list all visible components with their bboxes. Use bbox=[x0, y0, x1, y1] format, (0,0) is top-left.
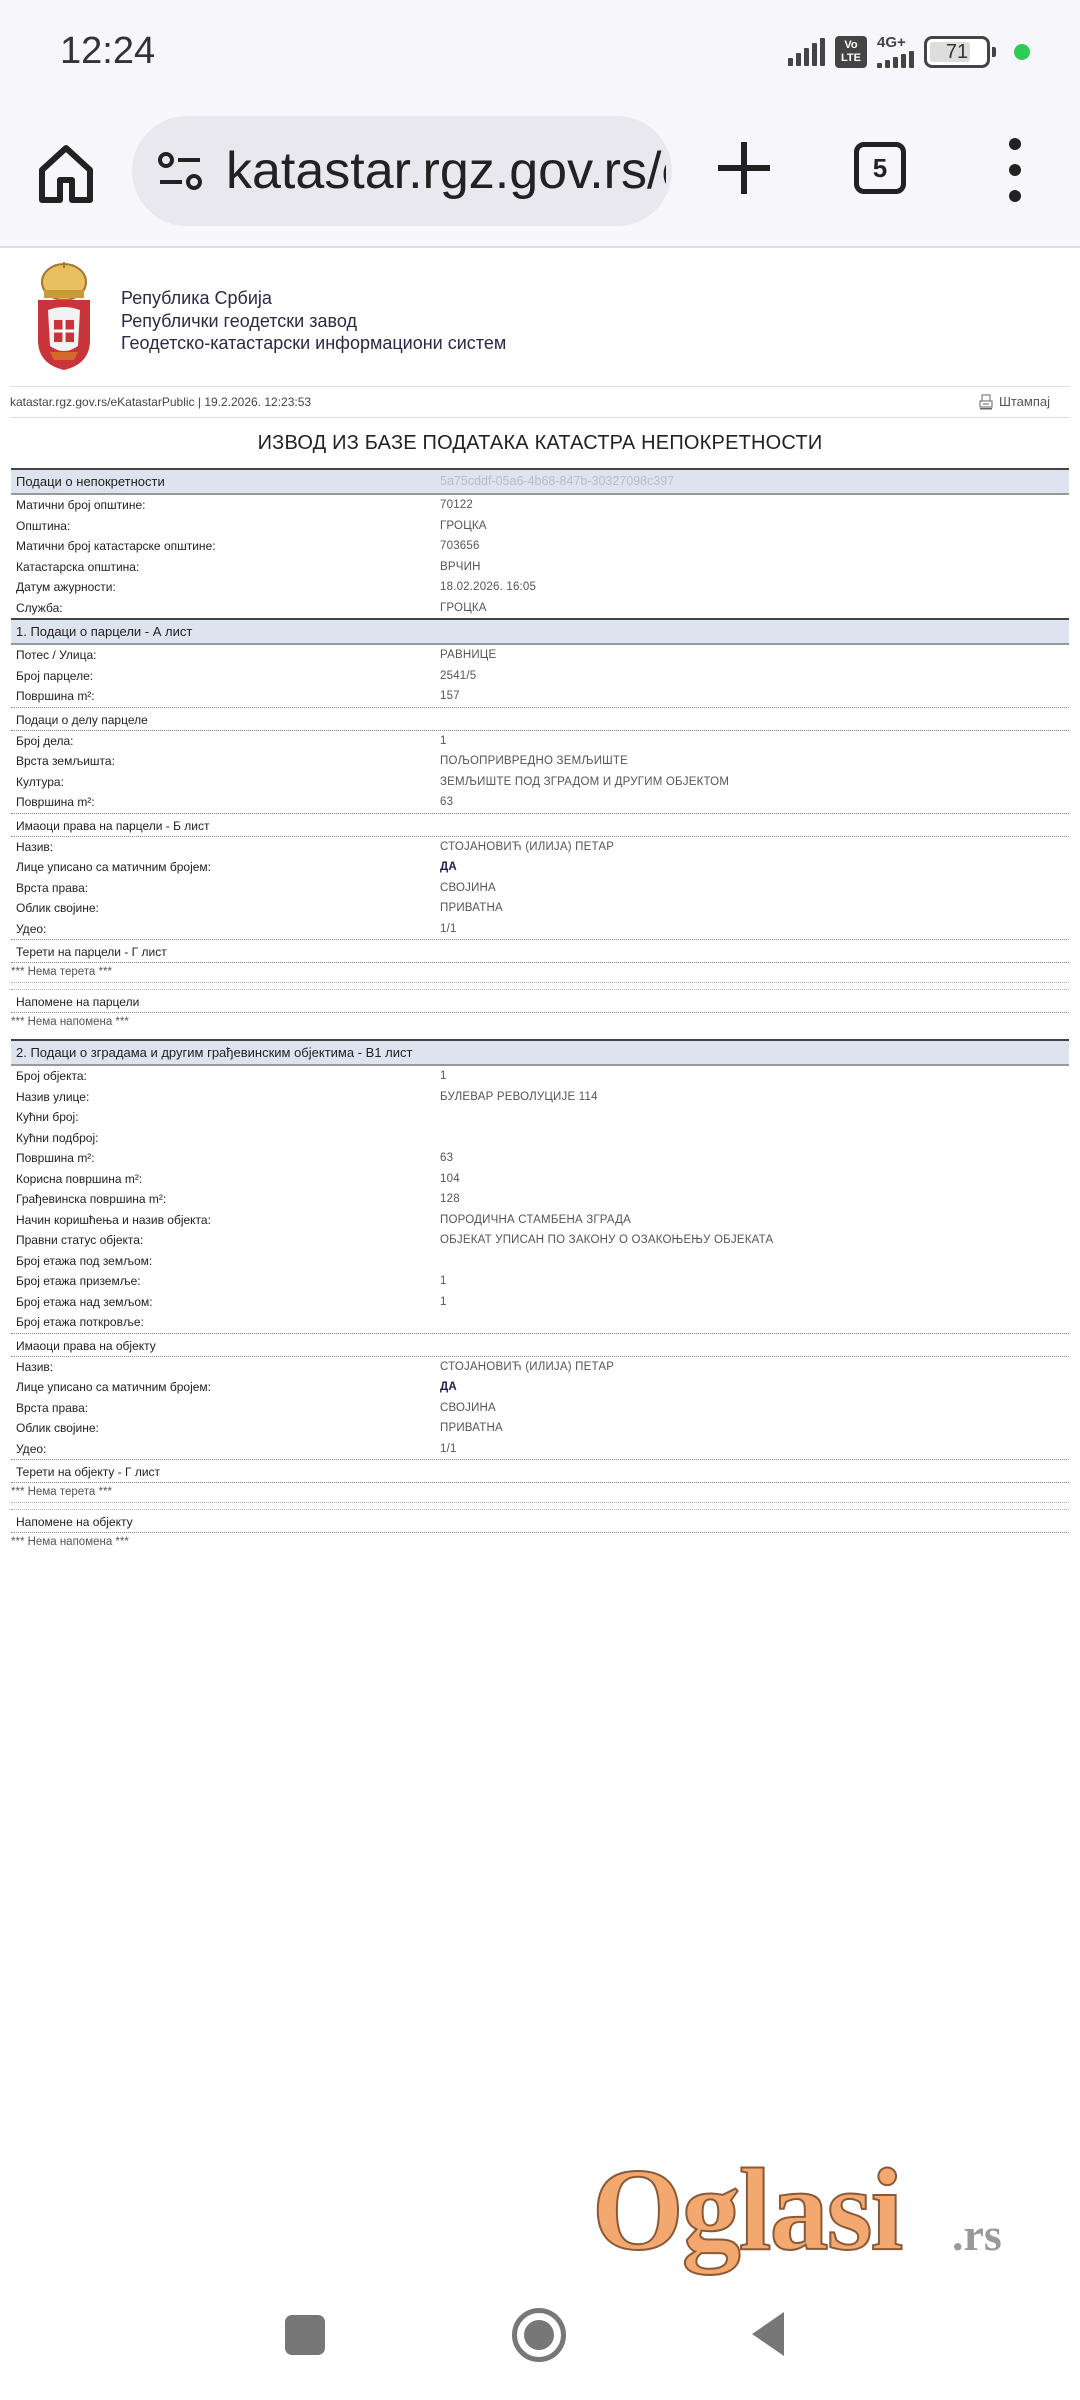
row-label: Број парцеле: bbox=[16, 666, 93, 687]
table-row: Удео:1/1 bbox=[11, 1439, 1069, 1460]
row-label: Кућни број: bbox=[16, 1107, 79, 1128]
row-label: Потес / Улица: bbox=[16, 645, 96, 666]
row-label: Корисна површина m²: bbox=[16, 1169, 142, 1190]
oglasi-watermark: Oglasi .rs bbox=[592, 2150, 1032, 2270]
row-label: Начин коришћења и назив објекта: bbox=[16, 1210, 211, 1231]
recents-icon[interactable] bbox=[285, 2315, 325, 2355]
row-value: ДА bbox=[440, 857, 457, 878]
building-notes-note: *** Нема напомена *** bbox=[11, 1533, 1069, 1553]
org-line-republic: Република Србија bbox=[121, 287, 506, 310]
row-label: Назив: bbox=[16, 1357, 53, 1378]
parcel-rows: Потес / Улица:РАВНИЦЕБрој парцеле:2541/5… bbox=[11, 645, 1069, 707]
row-label: Површина m²: bbox=[16, 686, 95, 707]
row-value: 70122 bbox=[440, 495, 473, 516]
row-label: Површина m²: bbox=[16, 792, 95, 813]
building-burdens-note: *** Нема терета *** bbox=[11, 1483, 1069, 1503]
row-value: ПОРОДИЧНА СТАМБЕНА ЗГРАДА bbox=[440, 1210, 631, 1231]
row-value: ПРИВАТНА bbox=[440, 1418, 503, 1439]
row-value: СВОЈИНА bbox=[440, 1398, 496, 1419]
row-value: 1/1 bbox=[440, 1439, 457, 1460]
plus-icon bbox=[712, 136, 776, 200]
row-label: Лице уписано са матичним бројем: bbox=[16, 1377, 211, 1398]
row-label: Назив: bbox=[16, 837, 53, 858]
tabs-button[interactable]: 5 bbox=[854, 142, 906, 194]
building-owner-rows: Назив:СТОЈАНОВИЋ (ИЛИЈА) ПЕТАРЛице уписа… bbox=[11, 1357, 1069, 1460]
row-value: ЗЕМЉИШТЕ ПОД ЗГРАДОМ И ДРУГИМ ОБЈЕКТОМ bbox=[440, 772, 729, 793]
row-value: ВРЧИН bbox=[440, 557, 481, 578]
coat-of-arms-icon bbox=[34, 260, 94, 372]
row-label: Облик својине: bbox=[16, 1418, 99, 1439]
section-parcel: 1. Подаци о парцели - А лист bbox=[11, 618, 1069, 645]
row-label: Општина: bbox=[16, 516, 70, 537]
privacy-indicator-dot bbox=[1014, 44, 1030, 60]
row-value: 63 bbox=[440, 1148, 453, 1169]
home-nav-icon[interactable] bbox=[512, 2308, 566, 2362]
table-row: Начин коришћења и назив објекта:ПОРОДИЧН… bbox=[11, 1210, 1069, 1231]
battery-level: 71 bbox=[946, 41, 968, 64]
battery-nub bbox=[992, 47, 996, 57]
table-row: Број дела:1 bbox=[11, 731, 1069, 752]
row-label: Број објекта: bbox=[16, 1066, 87, 1087]
back-icon[interactable] bbox=[752, 2312, 784, 2356]
parcel-part-rows: Број дела:1Врста земљишта:ПОЉОПРИВРЕДНО … bbox=[11, 731, 1069, 813]
row-value: ПОЉОПРИВРЕДНО ЗЕМЉИШТЕ bbox=[440, 751, 628, 772]
table-row: Назив улице:БУЛЕВАР РЕВОЛУЦИЈЕ 114 bbox=[11, 1087, 1069, 1108]
table-row: Врста права:СВОЈИНА bbox=[11, 878, 1069, 899]
row-label: Број етажа под земљом: bbox=[16, 1251, 152, 1272]
org-name: Република Србија Републички геодетски за… bbox=[121, 287, 506, 355]
row-value: ДА bbox=[440, 1377, 457, 1398]
building-owners-heading: Имаоци права на објекту bbox=[11, 1333, 1069, 1357]
row-label: Матични број катастарске општине: bbox=[16, 536, 216, 557]
home-nav-dot bbox=[524, 2320, 554, 2350]
signal-icon-2 bbox=[877, 50, 914, 68]
table-row: Лице уписано са матичним бројем:ДА bbox=[11, 1377, 1069, 1398]
row-value: 1 bbox=[440, 1271, 447, 1292]
table-row: Површина m²:157 bbox=[11, 686, 1069, 707]
table-row: Врста земљишта:ПОЉОПРИВРЕДНО ЗЕМЉИШТЕ bbox=[11, 751, 1069, 772]
status-time: 12:24 bbox=[60, 30, 155, 73]
table-row: Матични број општине:70122 bbox=[11, 495, 1069, 516]
more-vert-icon-dot bbox=[1009, 138, 1021, 150]
org-line-system: Геодетско-катастарски информациони систе… bbox=[121, 332, 506, 355]
row-value: БУЛЕВАР РЕВОЛУЦИЈЕ 114 bbox=[440, 1087, 598, 1108]
site-settings-icon[interactable] bbox=[156, 151, 206, 191]
parcel-part-heading: Подаци о делу парцеле bbox=[11, 707, 1069, 731]
row-label: Број етажа приземље: bbox=[16, 1271, 141, 1292]
watermark-brand: Oglasi bbox=[592, 2150, 901, 2270]
org-line-institute: Републички геодетски завод bbox=[121, 310, 506, 333]
table-row: Служба:ГРОЦКА bbox=[11, 598, 1069, 619]
table-row: Врста права:СВОЈИНА bbox=[11, 1398, 1069, 1419]
section-title: 1. Подаци о парцели - А лист bbox=[16, 624, 192, 639]
table-row: Облик својине:ПРИВАТНА bbox=[11, 898, 1069, 919]
document-title: ИЗВОД ИЗ БАЗЕ ПОДАТАКА КАТАСТРА НЕПОКРЕТ… bbox=[0, 432, 1080, 455]
row-label: Удео: bbox=[16, 1439, 46, 1460]
tab-count: 5 bbox=[873, 153, 887, 184]
row-value: РАВНИЦЕ bbox=[440, 645, 496, 666]
table-row: Број парцеле:2541/5 bbox=[11, 666, 1069, 687]
new-tab-button[interactable] bbox=[712, 136, 776, 200]
table-row: Назив:СТОЈАНОВИЋ (ИЛИЈА) ПЕТАР bbox=[11, 1357, 1069, 1378]
table-row: Површина m²:63 bbox=[11, 792, 1069, 813]
row-value: 63 bbox=[440, 792, 453, 813]
table-row: Број етажа под земљом: bbox=[11, 1251, 1069, 1272]
row-label: Кућни подброј: bbox=[16, 1128, 98, 1149]
parcel-owner-rows: Назив:СТОЈАНОВИЋ (ИЛИЈА) ПЕТАРЛице уписа… bbox=[11, 837, 1069, 940]
row-label: Број етажа над земљом: bbox=[16, 1292, 153, 1313]
row-label: Удео: bbox=[16, 919, 46, 940]
battery-icon: 71 bbox=[924, 36, 990, 68]
section-title: 2. Подаци о зградама и другим грађевинск… bbox=[16, 1045, 412, 1060]
org-header: Република Србија Републички геодетски за… bbox=[0, 250, 1080, 380]
table-row: Правни статус објекта:ОБЈЕКАТ УПИСАН ПО … bbox=[11, 1230, 1069, 1251]
row-label: Врста права: bbox=[16, 878, 88, 899]
source-line: katastar.rgz.gov.rs/eKatastarPublic | 19… bbox=[10, 386, 1070, 418]
web-page: Република Србија Републички геодетски за… bbox=[0, 250, 1080, 380]
table-row: Број етажа приземље:1 bbox=[11, 1271, 1069, 1292]
table-row: Кућни број: bbox=[11, 1107, 1069, 1128]
row-value: 1 bbox=[440, 731, 447, 752]
table-row: Грађевинска површина m²:128 bbox=[11, 1189, 1069, 1210]
status-bar: 12:24 Vo LTE 4G+ 71 bbox=[0, 0, 1080, 108]
parcel-burdens-heading: Терети на парцели - Г лист bbox=[11, 939, 1069, 963]
section-property: Подаци о непокретности 5a75cddf-05a6-4b6… bbox=[11, 468, 1069, 495]
status-icons: Vo LTE 4G+ 71 bbox=[788, 36, 1030, 68]
table-row: Број етажа поткровље: bbox=[11, 1312, 1069, 1333]
row-value: 2541/5 bbox=[440, 666, 476, 687]
table-row: Број етажа над земљом:1 bbox=[11, 1292, 1069, 1313]
parcel-burdens-note: *** Нема терета *** bbox=[11, 963, 1069, 983]
table-row: Корисна површина m²:104 bbox=[11, 1169, 1069, 1190]
parcel-owners-heading: Имаоци права на парцели - Б лист bbox=[11, 813, 1069, 837]
building-burdens-heading: Терети на објекту - Г лист bbox=[11, 1459, 1069, 1483]
more-vert-icon-dot bbox=[1009, 190, 1021, 202]
table-row: Удео:1/1 bbox=[11, 919, 1069, 940]
row-label: Врста права: bbox=[16, 1398, 88, 1419]
row-value: ПРИВАТНА bbox=[440, 898, 503, 919]
parcel-notes-heading: Напомене на парцели bbox=[11, 989, 1069, 1013]
row-label: Матични број општине: bbox=[16, 495, 146, 516]
property-guid: 5a75cddf-05a6-4b68-847b-30327098c397 bbox=[440, 470, 674, 493]
row-label: Назив улице: bbox=[16, 1087, 89, 1108]
row-label: Правни статус објекта: bbox=[16, 1230, 143, 1251]
table-row: Датум ажурности:18.02.2026. 16:05 bbox=[11, 577, 1069, 598]
row-value: 18.02.2026. 16:05 bbox=[440, 577, 536, 598]
row-value: СТОЈАНОВИЋ (ИЛИЈА) ПЕТАР bbox=[440, 837, 614, 858]
watermark-tld: .rs bbox=[952, 2208, 1002, 2261]
print-label[interactable]: Штампај bbox=[999, 387, 1050, 417]
row-value: СВОЈИНА bbox=[440, 878, 496, 899]
row-label: Грађевинска површина m²: bbox=[16, 1189, 166, 1210]
row-value: 1 bbox=[440, 1066, 447, 1087]
row-label: Катастарска општина: bbox=[16, 557, 139, 578]
system-nav-bar bbox=[0, 2280, 1080, 2400]
row-value: 104 bbox=[440, 1169, 460, 1190]
signal-icon bbox=[788, 38, 825, 66]
row-label: Лице уписано са матичним бројем: bbox=[16, 857, 211, 878]
row-value: 1 bbox=[440, 1292, 447, 1313]
building-rows: Број објекта:1Назив улице:БУЛЕВАР РЕВОЛУ… bbox=[11, 1066, 1069, 1333]
cadastre-report: Подаци о непокретности 5a75cddf-05a6-4b6… bbox=[11, 468, 1069, 1553]
source-url-timestamp: katastar.rgz.gov.rs/eKatastarPublic | 19… bbox=[10, 387, 311, 417]
row-label: Број дела: bbox=[16, 731, 74, 752]
volte-icon: Vo LTE bbox=[835, 36, 867, 68]
table-row: Потес / Улица:РАВНИЦЕ bbox=[11, 645, 1069, 666]
row-label: Облик својине: bbox=[16, 898, 99, 919]
row-value: 1/1 bbox=[440, 919, 457, 940]
table-row: Општина:ГРОЦКА bbox=[11, 516, 1069, 537]
table-row: Култура:ЗЕМЉИШТЕ ПОД ЗГРАДОМ И ДРУГИМ ОБ… bbox=[11, 772, 1069, 793]
row-value: ОБЈЕКАТ УПИСАН ПО ЗАКОНУ О ОЗАКОЊЕЊУ ОБЈ… bbox=[440, 1230, 773, 1251]
row-label: Број етажа поткровље: bbox=[16, 1312, 144, 1333]
table-row: Назив:СТОЈАНОВИЋ (ИЛИЈА) ПЕТАР bbox=[11, 837, 1069, 858]
table-row: Број објекта:1 bbox=[11, 1066, 1069, 1087]
table-row: Катастарска општина:ВРЧИН bbox=[11, 557, 1069, 578]
row-value: 157 bbox=[440, 686, 460, 707]
url-text[interactable]: katastar.rgz.gov.rs/e bbox=[226, 141, 666, 201]
print-icon bbox=[979, 394, 993, 410]
print-link[interactable]: Штампај bbox=[979, 387, 1050, 417]
address-bar[interactable]: katastar.rgz.gov.rs/e bbox=[132, 116, 672, 226]
table-row: Површина m²:63 bbox=[11, 1148, 1069, 1169]
row-value: 703656 bbox=[440, 536, 480, 557]
home-button[interactable] bbox=[38, 144, 94, 204]
home-icon bbox=[38, 144, 94, 204]
network-type: 4G+ bbox=[877, 36, 906, 50]
section-building: 2. Подаци о зградама и другим грађевинск… bbox=[11, 1039, 1069, 1066]
parcel-notes-note: *** Нема напомена *** bbox=[11, 1013, 1069, 1033]
table-row: Кућни подброј: bbox=[11, 1128, 1069, 1149]
building-notes-heading: Напомене на објекту bbox=[11, 1509, 1069, 1533]
section-title: Подаци о непокретности bbox=[16, 474, 165, 489]
row-label: Површина m²: bbox=[16, 1148, 95, 1169]
row-value: ГРОЦКА bbox=[440, 598, 487, 619]
table-row: Матични број катастарске општине:703656 bbox=[11, 536, 1069, 557]
browser-toolbar: katastar.rgz.gov.rs/e 5 bbox=[0, 108, 1080, 248]
more-menu-button[interactable] bbox=[1000, 138, 1030, 202]
row-value: 128 bbox=[440, 1189, 460, 1210]
row-label: Култура: bbox=[16, 772, 64, 793]
row-label: Врста земљишта: bbox=[16, 751, 115, 772]
table-row: Облик својине:ПРИВАТНА bbox=[11, 1418, 1069, 1439]
row-value: СТОЈАНОВИЋ (ИЛИЈА) ПЕТАР bbox=[440, 1357, 614, 1378]
more-vert-icon-dot bbox=[1009, 164, 1021, 176]
property-rows: Матични број општине:70122Општина:ГРОЦКА… bbox=[11, 495, 1069, 618]
row-label: Служба: bbox=[16, 598, 63, 619]
row-label: Датум ажурности: bbox=[16, 577, 116, 598]
table-row: Лице уписано са матичним бројем:ДА bbox=[11, 857, 1069, 878]
row-value: ГРОЦКА bbox=[440, 516, 487, 537]
